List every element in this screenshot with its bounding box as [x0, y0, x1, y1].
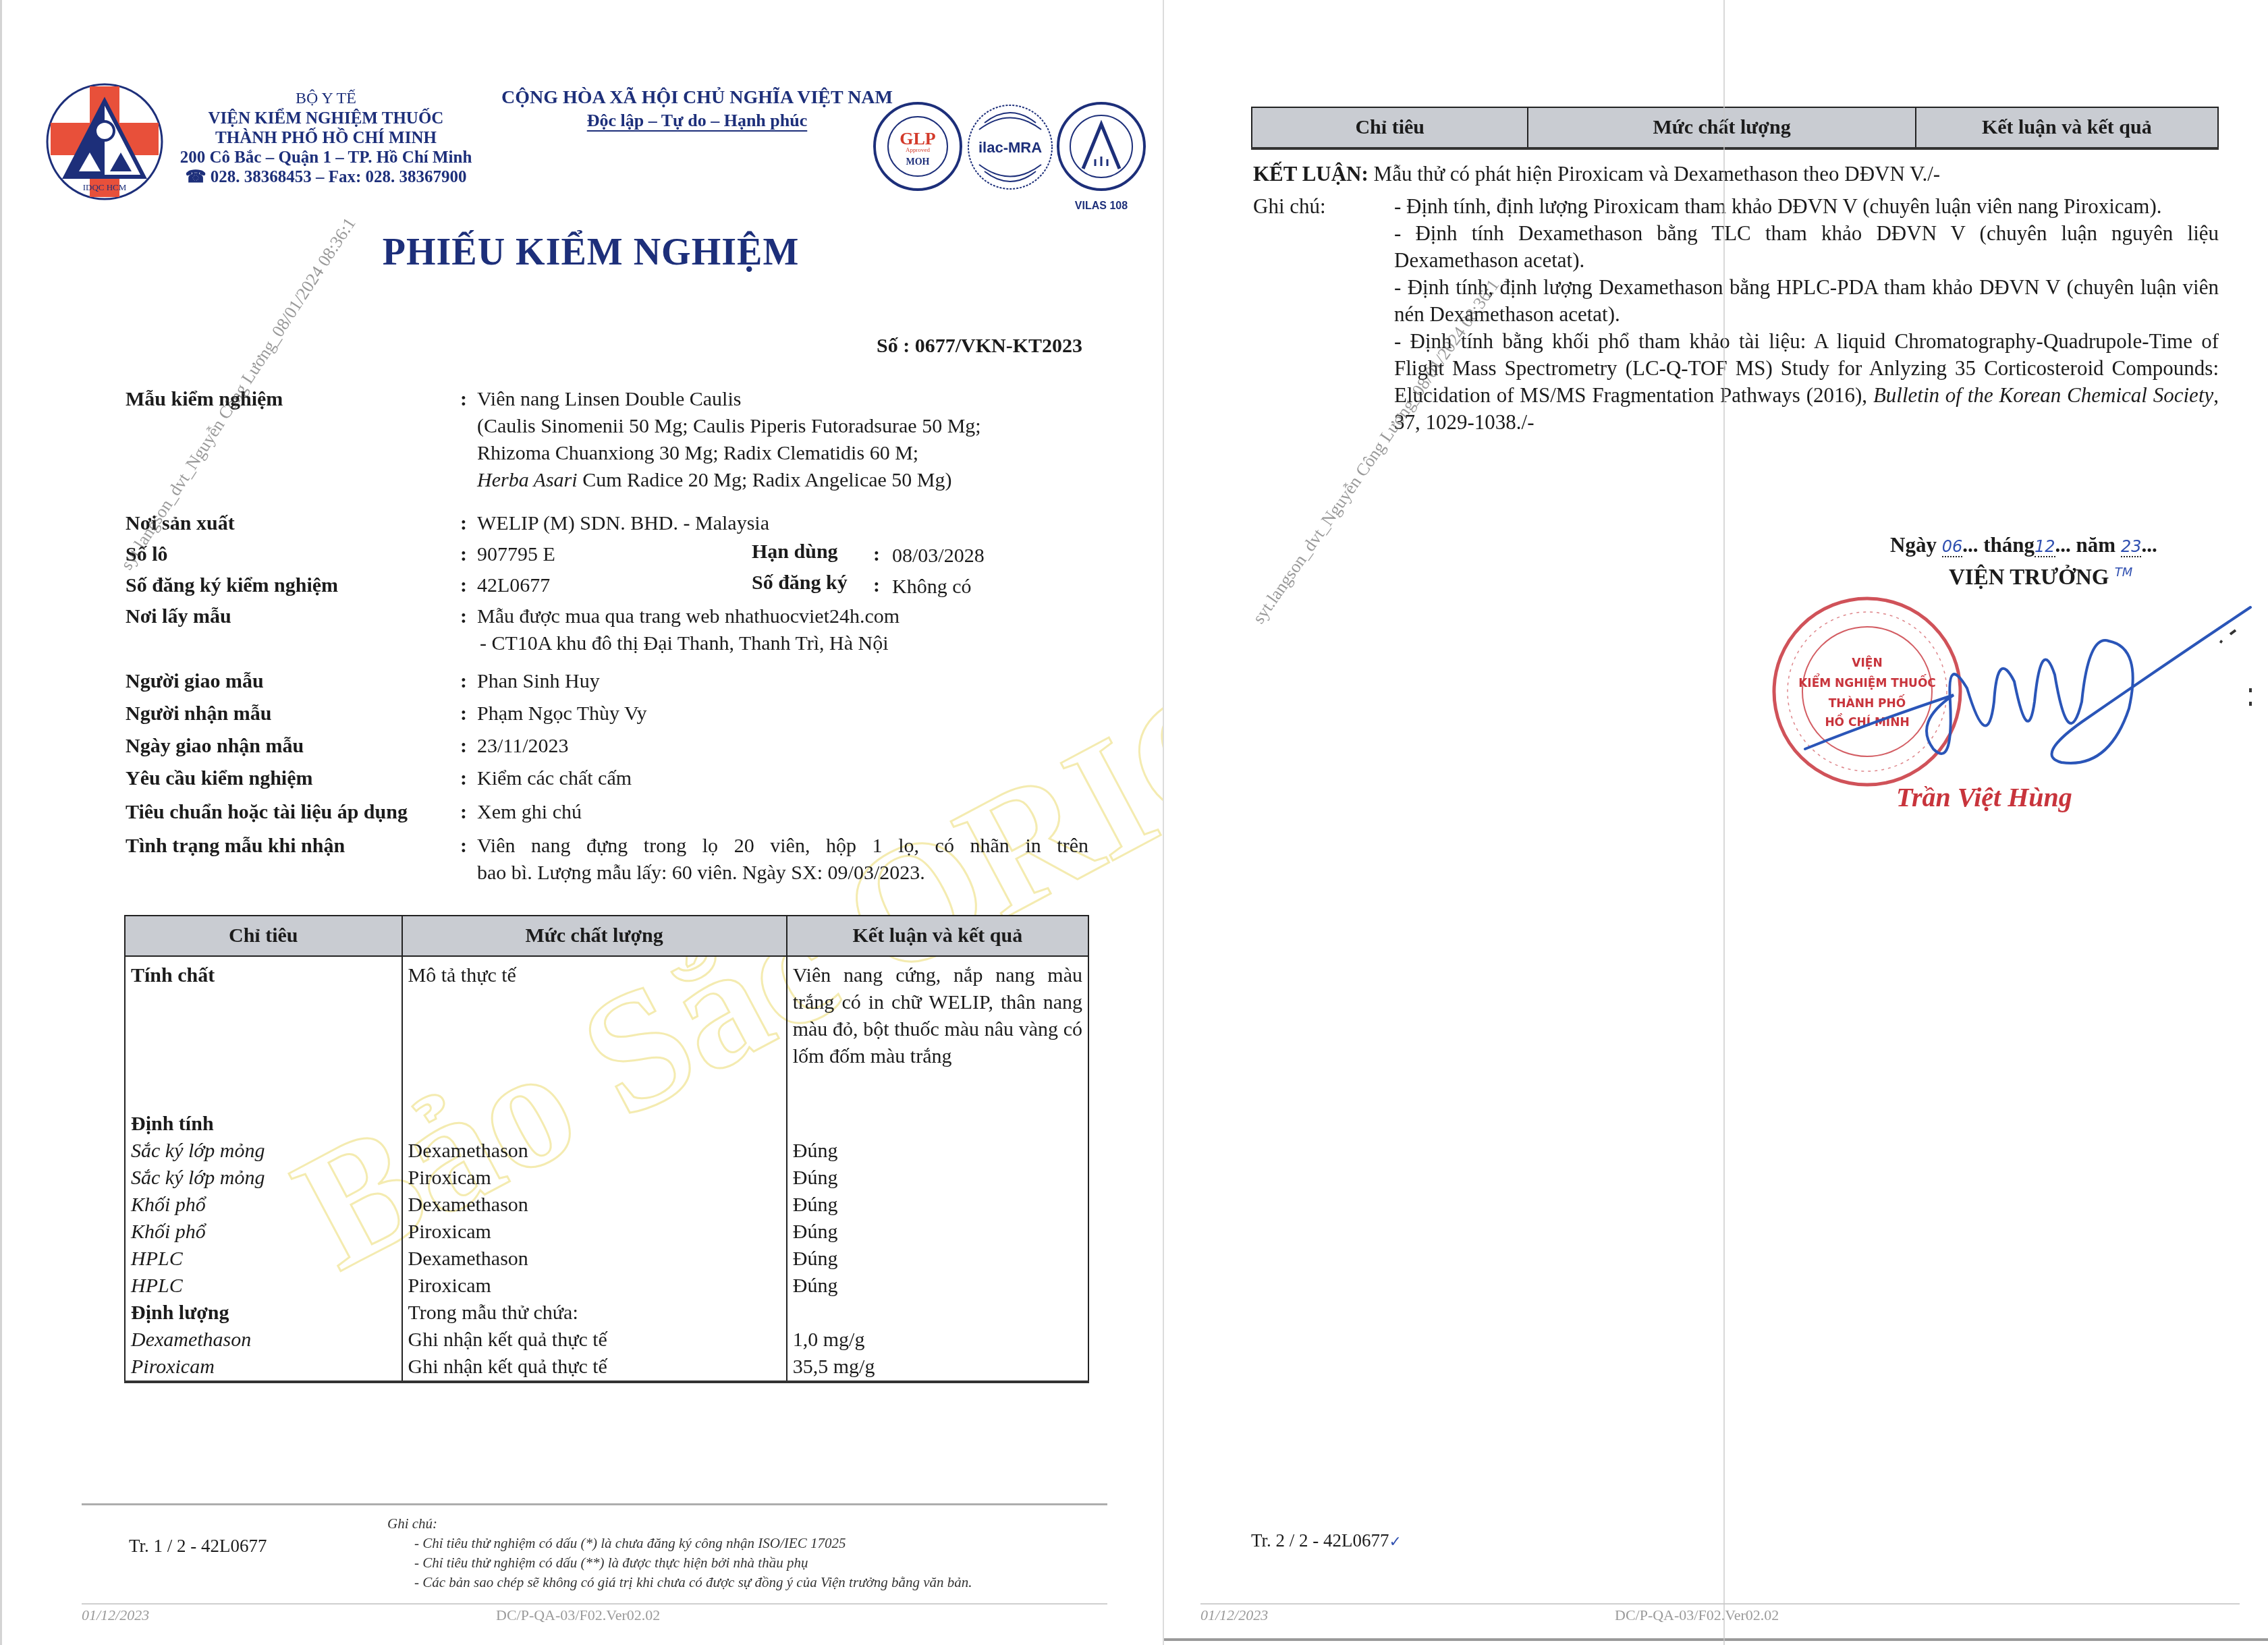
results-table: Chỉ tiêu Mức chất lượng Kết luận và kết …: [124, 915, 1089, 1383]
quality-cell: Trong mẫu thử chứa:: [402, 1300, 787, 1327]
svg-text:ilac-MRA: ilac-MRA: [978, 139, 1042, 156]
institute-name-line2: THÀNH PHỐ HỒ CHÍ MINH: [157, 128, 495, 148]
issue-date: 01/12/2023: [82, 1607, 149, 1624]
digital-stamp-watermark: syt.langson_dvt_Nguyễn Công Lương_08/01/…: [1248, 275, 1503, 628]
table-header-row: Chỉ tiêu Mức chất lượng Kết luận và kết …: [1252, 107, 2218, 148]
conclusion-section: KẾT LUẬN: Mẫu thử có phát hiện Piroxicam…: [1253, 161, 2218, 188]
criteria-cell: Định lượng: [125, 1300, 402, 1327]
result-cell: [787, 1111, 1088, 1138]
boa-vilas-badge-icon: VILAS 108: [1056, 101, 1147, 216]
criteria-cell: HPLC: [125, 1246, 402, 1273]
criteria-cell: Định tính: [125, 1111, 402, 1138]
result-cell: Đúng: [787, 1165, 1088, 1192]
criteria-cell: Tính chất: [125, 956, 402, 1111]
issue-date: 01/12/2023: [1200, 1607, 1268, 1624]
field-manufacturer: Nơi sản xuất : WELIP (M) SDN. BHD. - Mal…: [126, 510, 1090, 541]
institute-contact: ☎ 028. 38368453 – Fax: 028. 38367900: [157, 167, 495, 187]
nation-header: CỘNG HÒA XÃ HỘI CHỦ NGHĨA VIỆT NAM Độc l…: [474, 86, 920, 132]
document-title: PHIẾU KIỂM NGHIỆM: [2, 231, 1180, 274]
result-cell: 1,0 mg/g: [787, 1327, 1088, 1354]
column-header-result: Kết luận và kết quả: [787, 916, 1088, 956]
field-standard: Tiêu chuẩn hoặc tài liệu áp dụng : Xem g…: [126, 799, 1090, 833]
form-code: DC/P-QA-03/F02.Ver02.02: [496, 1607, 660, 1624]
criteria-cell: HPLC: [125, 1273, 402, 1300]
quality-cell: Dexamethason: [402, 1192, 787, 1219]
handwritten-initials: TM: [2115, 565, 2133, 580]
check-mark-icon: ✓: [1389, 1534, 1402, 1551]
result-cell: [787, 1300, 1088, 1327]
field-deliverer: Người giao mẫu : Phan Sinh Huy: [126, 668, 1090, 700]
table-row: PiroxicamGhi nhận kết quả thực tế35,5 mg…: [125, 1354, 1088, 1382]
field-sampling-place: Nơi lấy mẫu : Mẫu được mua qua trang web…: [126, 603, 1090, 668]
signatory-title: VIỆN TRƯỞNG TM: [1949, 565, 2132, 590]
criteria-cell: Sắc ký lớp mỏng: [125, 1138, 402, 1165]
column-header-criteria: Chỉ tiêu: [1252, 107, 1528, 148]
table-row: Sắc ký lớp mỏngDexamethasonĐúng: [125, 1138, 1088, 1165]
nation-name: CỘNG HÒA XÃ HỘI CHỦ NGHĨA VIỆT NAM: [474, 86, 920, 109]
footer-divider-bottom: [82, 1603, 1107, 1605]
institute-name-line1: VIỆN KIỂM NGHIỆM THUỐC: [157, 109, 495, 128]
signer-name: Trần Việt Hùng: [1896, 781, 2072, 813]
criteria-cell: Dexamethason: [125, 1327, 402, 1354]
note-item: - Định tính Dexamethason bằng TLC tham k…: [1394, 220, 2219, 274]
criteria-cell: Piroxicam: [125, 1354, 402, 1382]
institute-address: 200 Cô Bắc – Quận 1 – TP. Hồ Chí Minh: [157, 148, 495, 167]
quality-cell: Dexamethason: [402, 1138, 787, 1165]
ministry-name: BỘ Y TẾ: [157, 89, 495, 109]
field-registration: Số đăng ký kiểm nghiệm : 42L0677 Số đăng…: [126, 572, 1090, 603]
svg-text:Approved: Approved: [906, 146, 930, 153]
report-page-2: Chỉ tiêu Mức chất lượng Kết luận và kết …: [1163, 0, 2268, 1645]
result-cell: Đúng: [787, 1219, 1088, 1246]
institute-logo: IDQC HCM: [45, 82, 164, 201]
column-header-criteria: Chỉ tiêu: [125, 916, 402, 956]
field-received-date: Ngày giao nhận mẫu : 23/11/2023: [126, 733, 1090, 765]
field-request: Yêu cầu kiểm nghiệm : Kiểm các chất cấm: [126, 765, 1090, 799]
column-header-result: Kết luận và kết quả: [1916, 107, 2218, 148]
scan-fold-line: [1723, 0, 1725, 1645]
criteria-cell: Khối phổ: [125, 1192, 402, 1219]
result-cell: Đúng: [787, 1192, 1088, 1219]
quality-cell: [402, 1111, 787, 1138]
document-number: Số : 0677/VKN-KT2023: [877, 335, 1082, 358]
field-receiver: Người nhận mẫu : Phạm Ngọc Thùy Vy: [126, 700, 1090, 733]
quality-cell: Piroxicam: [402, 1273, 787, 1300]
conclusion-text: Mẫu thử có phát hiện Piroxicam và Dexame…: [1374, 162, 1941, 186]
note-item: - Định tính, định lượng Piroxicam tham k…: [1394, 193, 2219, 220]
signature-date: Ngày 06... tháng12... năm 23...: [1890, 533, 2157, 557]
table-row: Định tính: [125, 1111, 1088, 1138]
quality-cell: Piroxicam: [402, 1165, 787, 1192]
quality-cell: Mô tả thực tế: [402, 956, 787, 1111]
table-row: Định lượngTrong mẫu thử chứa:: [125, 1300, 1088, 1327]
handwritten-signature: [1792, 594, 2264, 796]
result-cell: Viên nang cứng, nắp nang màu trắng có in…: [787, 956, 1088, 1111]
table-header-row: Chỉ tiêu Mức chất lượng Kết luận và kết …: [125, 916, 1088, 956]
note-item: - Định tính, định lượng Dexamethason bằn…: [1394, 274, 2219, 328]
column-header-quality: Mức chất lượng: [1528, 107, 1915, 148]
sample-info: Mẫu kiểm nghiệm : Viên nang Linsen Doubl…: [126, 386, 1090, 892]
table-row: HPLCDexamethasonĐúng: [125, 1246, 1088, 1273]
footer-notes: Ghi chú: - Chỉ tiêu thử nghiệm có dấu (*…: [387, 1514, 972, 1592]
handwritten-month: 12: [2035, 537, 2055, 557]
table-row: Sắc ký lớp mỏngPiroxicamĐúng: [125, 1165, 1088, 1192]
table-row: Khối phổDexamethasonĐúng: [125, 1192, 1088, 1219]
page-edge: [1164, 1638, 2268, 1641]
quality-cell: Ghi nhận kết quả thực tế: [402, 1354, 787, 1382]
quality-cell: Ghi nhận kết quả thực tế: [402, 1327, 787, 1354]
handwritten-day: 06: [1942, 537, 1963, 557]
table-row: HPLCPiroxicamĐúng: [125, 1273, 1088, 1300]
svg-text:IDQC HCM: IDQC HCM: [83, 182, 127, 192]
result-cell: Đúng: [787, 1138, 1088, 1165]
criteria-cell: Khối phổ: [125, 1219, 402, 1246]
phone-icon: ☎: [185, 168, 206, 186]
criteria-cell: Sắc ký lớp mỏng: [125, 1165, 402, 1192]
form-code: DC/P-QA-03/F02.Ver02.02: [1615, 1607, 1779, 1624]
column-header-quality: Mức chất lượng: [402, 916, 787, 956]
result-cell: Đúng: [787, 1246, 1088, 1273]
nation-motto: Độc lập – Tự do – Hạnh phúc: [474, 109, 920, 132]
quality-cell: Piroxicam: [402, 1219, 787, 1246]
svg-text:GLP: GLP: [900, 129, 936, 148]
field-sample: Mẫu kiểm nghiệm : Viên nang Linsen Doubl…: [126, 386, 1090, 497]
page-reference: Tr. 2 / 2 - 42L0677✓: [1251, 1530, 1402, 1551]
footer-divider: [82, 1503, 1107, 1505]
table-row: Tính chấtMô tả thực tếViên nang cứng, nắ…: [125, 956, 1088, 1111]
page-reference: Tr. 1 / 2 - 42L0677: [129, 1536, 267, 1557]
quality-cell: Dexamethason: [402, 1246, 787, 1273]
report-page-1: Bảo Sắc ORIGINAL IDQC HCM BỘ Y TẾ VIỆN K…: [0, 0, 1161, 1645]
results-table-continued: Chỉ tiêu Mức chất lượng Kết luận và kết …: [1251, 107, 2219, 150]
svg-text:VILAS 108: VILAS 108: [1075, 200, 1128, 212]
result-cell: 35,5 mg/g: [787, 1354, 1088, 1382]
table-row: Khối phổPiroxicamĐúng: [125, 1219, 1088, 1246]
note-item-reference: - Định tính bằng khối phổ tham khảo tài …: [1394, 328, 2219, 436]
method-notes: - Định tính, định lượng Piroxicam tham k…: [1394, 193, 2219, 436]
glp-moh-badge-icon: GLP Approved MOH: [873, 101, 964, 192]
result-cell: Đúng: [787, 1273, 1088, 1300]
ilac-mra-badge-icon: ilac-MRA: [966, 103, 1055, 192]
svg-text:MOH: MOH: [906, 157, 930, 167]
footer-divider-bottom: [1200, 1603, 2240, 1605]
table-row: DexamethasonGhi nhận kết quả thực tế1,0 …: [125, 1327, 1088, 1354]
field-condition: Tình trạng mẫu khi nhận : Viên nang đựng…: [126, 833, 1090, 892]
institute-header: BỘ Y TẾ VIỆN KIỂM NGHIỆM THUỐC THÀNH PHỐ…: [157, 89, 495, 187]
conclusion-label: KẾT LUẬN:: [1253, 162, 1368, 186]
handwritten-year: 23: [2121, 537, 2142, 557]
field-lot: Số lô : 907795 E Hạn dùng : 08/03/2028: [126, 541, 1090, 572]
notes-label: Ghi chú:: [1253, 193, 1326, 220]
